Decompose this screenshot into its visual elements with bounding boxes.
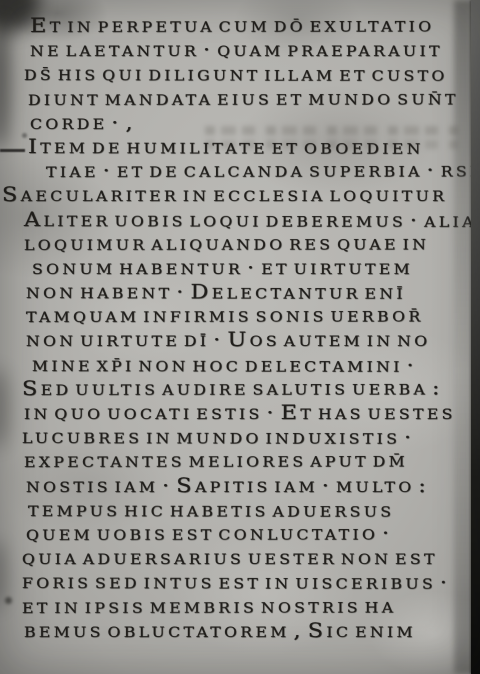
manuscript-line: diunt mandata eius et mundo sun̄t [28, 85, 480, 110]
manuscript-photo: Et in perpetua cum dō exultatione laetan… [0, 0, 480, 674]
manuscript-line: tamquam infirmis sonis uerbor̄ [26, 302, 480, 327]
text-block: Et in perpetua cum dō exultatione laetan… [30, 13, 470, 642]
manuscript-line: Item de humilitate et oboedien [28, 134, 480, 159]
manuscript-line: ne laetantur · quam praeparauit [30, 37, 480, 61]
manuscript-line: nostis iam · Sapitis iam · multo : [26, 473, 480, 497]
manuscript-line: bemus obluctatorem , Sic enim [24, 618, 480, 642]
manuscript-line: non uirtute dī · Uos autem in no [26, 327, 480, 351]
manuscript-line: quia aduersarius uester non est [22, 545, 480, 569]
manuscript-line: Aliter uobis loqui deberemus · alias [24, 207, 480, 232]
manuscript-line: Et in perpetua cum dō exultatio [30, 12, 480, 37]
manuscript-line: loquimur aliquando res quae in [24, 230, 480, 255]
manuscript-line: Sed uultis audire salutis uerba : [22, 375, 480, 400]
manuscript-line: in quo uocati estis · Et has uestes [24, 400, 480, 424]
manuscript-line: foris sed intus est in uisceribus · [22, 569, 480, 594]
manuscript-line: ds̄ his qui diligunt illam et custo [24, 61, 480, 86]
manuscript-line: sonum habentur · et uirtutem [32, 255, 480, 279]
manuscript-line: Saeculariter in ecclesia loquitur [2, 182, 480, 206]
manuscript-line: lucubres in mundo induxistis · [22, 424, 480, 449]
margin-paragraph-mark [0, 149, 25, 152]
manuscript-line: quem uobis est conluctatio · [26, 520, 480, 545]
manuscript-line: corde · , [30, 110, 480, 134]
manuscript-line: tiae · et de calcanda superbia · rsp̄ · [46, 157, 480, 182]
manuscript-line: et in ipsis membris nostris ha [22, 593, 480, 618]
manuscript-line: tempus hic habetis aduersus [28, 497, 480, 522]
manuscript-line: non habent · Delectantur enī [26, 279, 480, 304]
manuscript-line: expectantes meliores aput dm̄ [24, 448, 480, 473]
manuscript-line: mine xp̄i non hoc delectamini · [32, 352, 480, 377]
